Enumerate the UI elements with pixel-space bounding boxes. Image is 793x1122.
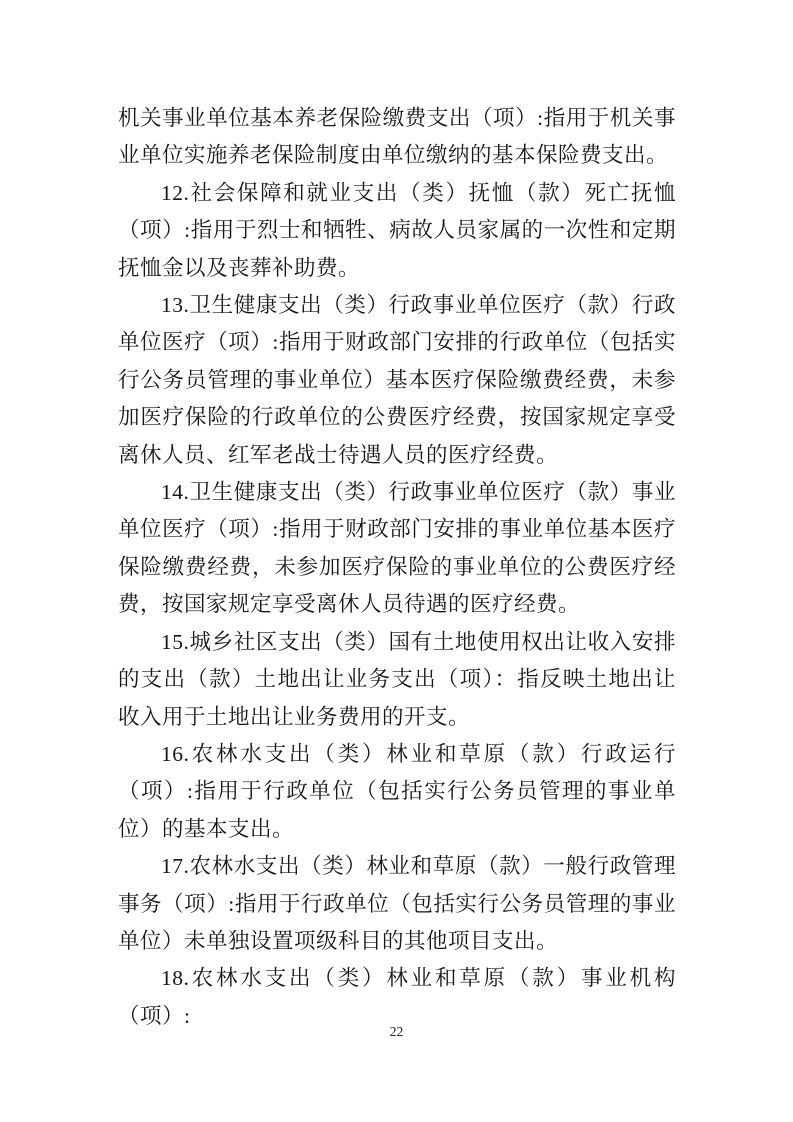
paragraph-item-13: 13.卫生健康支出（类）行政事业单位医疗（款）行政单位医疗（项）:指用于财政部门… <box>118 287 676 474</box>
paragraph-item-12: 12.社会保障和就业支出（类）抚恤（款）死亡抚恤（项）:指用于烈士和牺牲、病故人… <box>118 175 676 287</box>
text-column: 机关事业单位基本养老保险缴费支出（项）:指用于机关事业单位实施养老保险制度由单位… <box>118 100 676 1035</box>
document-page: 机关事业单位基本养老保险缴费支出（项）:指用于机关事业单位实施养老保险制度由单位… <box>0 0 793 1122</box>
paragraph-item-17: 17.农林水支出（类）林业和草原（款）一般行政管理事务（项）:指用于行政单位（包… <box>118 848 676 960</box>
page-number: 22 <box>0 1022 793 1042</box>
paragraph-item-14: 14.卫生健康支出（类）行政事业单位医疗（款）事业单位医疗（项）:指用于财政部门… <box>118 474 676 624</box>
paragraph-item-15: 15.城乡社区支出（类）国有土地使用权出让收入安排的支出（款）土地出让业务支出（… <box>118 624 676 736</box>
paragraph-continuation: 机关事业单位基本养老保险缴费支出（项）:指用于机关事业单位实施养老保险制度由单位… <box>118 100 676 175</box>
paragraph-item-16: 16.农林水支出（类）林业和草原（款）行政运行（项）:指用于行政单位（包括实行公… <box>118 736 676 848</box>
